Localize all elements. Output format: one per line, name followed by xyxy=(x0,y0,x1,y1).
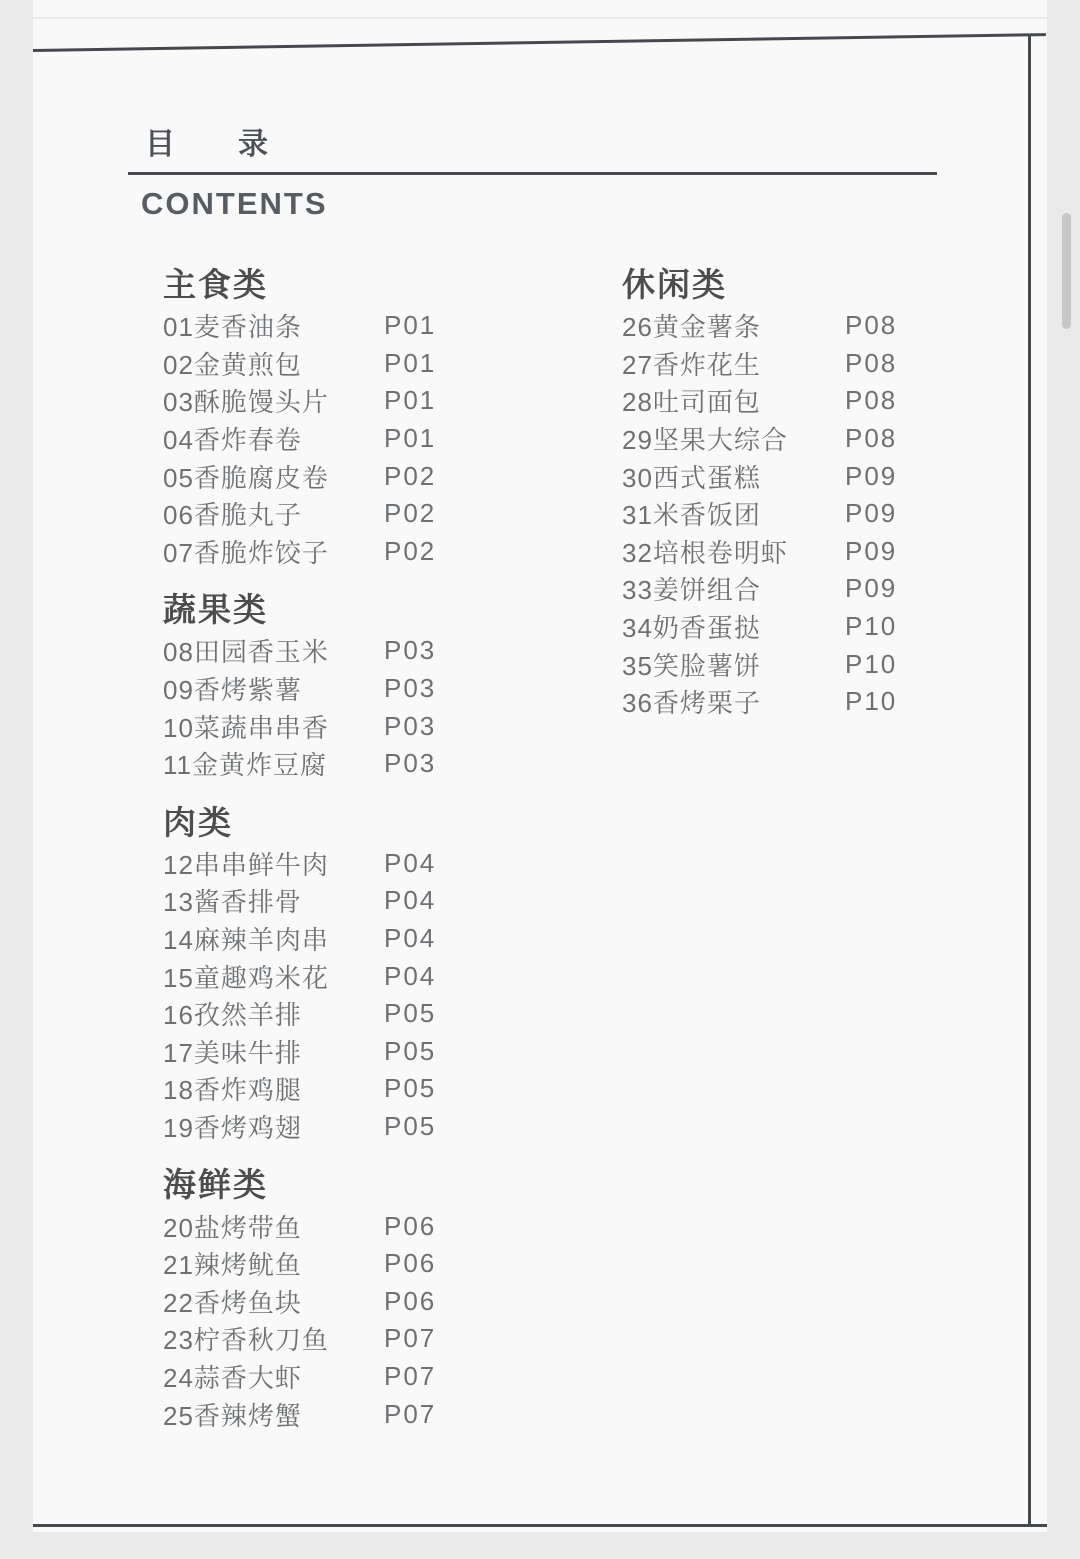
toc-item-page: P08 xyxy=(845,385,897,416)
toc-item-page: P05 xyxy=(384,1111,436,1142)
toc-item: 14麻辣羊肉串P04 xyxy=(163,920,493,958)
toc-item-page: P07 xyxy=(384,1323,436,1354)
toc-item-page: P08 xyxy=(845,423,897,454)
document-viewer: 目录 CONTENTS 主食类01麦香油条P0102金黄煎包P0103酥脆馒头片… xyxy=(0,0,1080,1559)
toc-item-page: P06 xyxy=(384,1248,436,1279)
toc-item-page: P06 xyxy=(384,1211,436,1242)
toc-title-underline xyxy=(128,172,937,175)
toc-column-right: 休闲类26黄金薯条P0827香炸花生P0828吐司面包P0829坚果大综合P08… xyxy=(622,263,952,721)
toc-item-label: 18香炸鸡腿 xyxy=(163,1070,384,1107)
toc-section: 休闲类26黄金薯条P0827香炸花生P0828吐司面包P0829坚果大综合P08… xyxy=(622,263,952,721)
toc-item: 22香烤鱼块P06 xyxy=(163,1282,493,1320)
toc-item-page: P09 xyxy=(845,536,897,567)
toc-item: 08田园香玉米P03 xyxy=(163,632,493,670)
toc-item-label: 35笑脸薯饼 xyxy=(622,646,845,683)
scrollbar-thumb[interactable] xyxy=(1062,213,1071,329)
toc-section-heading: 海鲜类 xyxy=(163,1163,493,1207)
toc-item-label: 25香辣烤蟹 xyxy=(163,1396,384,1433)
toc-item-label: 07香脆炸饺子 xyxy=(163,533,384,570)
toc-item-label: 34奶香蛋挞 xyxy=(622,608,845,645)
toc-item-page: P07 xyxy=(384,1361,436,1392)
toc-title-zh: 目录 xyxy=(145,130,937,160)
toc-section: 海鲜类20盐烤带鱼P0621辣烤鱿鱼P0622香烤鱼块P0623柠香秋刀鱼P07… xyxy=(163,1163,493,1433)
toc-item: 07香脆炸饺子P02 xyxy=(163,533,493,571)
toc-item: 05香脆腐皮卷P02 xyxy=(163,457,493,495)
toc-item: 21辣烤鱿鱼P06 xyxy=(163,1245,493,1283)
toc-item-page: P08 xyxy=(845,310,897,341)
toc-item-page: P05 xyxy=(384,1036,436,1067)
toc-item-label: 12串串鲜牛肉 xyxy=(163,845,384,882)
toc-item-label: 16孜然羊排 xyxy=(163,995,384,1032)
toc-section: 肉类12串串鲜牛肉P0413酱香排骨P0414麻辣羊肉串P0415童趣鸡米花P0… xyxy=(163,801,493,1146)
toc-item: 32培根卷明虾P09 xyxy=(622,533,952,571)
toc-item-label: 09香烤紫薯 xyxy=(163,670,384,707)
toc-item-label: 33姜饼组合 xyxy=(622,570,845,607)
toc-item: 04香炸春卷P01 xyxy=(163,420,493,458)
toc-item-label: 29坚果大综合 xyxy=(622,420,845,457)
toc-item-label: 24蒜香大虾 xyxy=(163,1358,384,1395)
document-page: 目录 CONTENTS 主食类01麦香油条P0102金黄煎包P0103酥脆馒头片… xyxy=(33,0,1047,1532)
toc-item: 12串串鲜牛肉P04 xyxy=(163,845,493,883)
toc-item-label: 08田园香玉米 xyxy=(163,632,384,669)
toc-item-label: 17美味牛排 xyxy=(163,1033,384,1070)
toc-item-label: 11金黄炸豆腐 xyxy=(163,745,384,782)
toc-item-label: 02金黄煎包 xyxy=(163,345,384,382)
toc-title-en: CONTENTS xyxy=(141,188,937,219)
toc-section: 主食类01麦香油条P0102金黄煎包P0103酥脆馒头片P0104香炸春卷P01… xyxy=(163,263,493,570)
toc-item-page: P05 xyxy=(384,998,436,1029)
toc-item-page: P03 xyxy=(384,711,436,742)
toc-item: 09香烤紫薯P03 xyxy=(163,670,493,708)
toc-item: 11金黄炸豆腐P03 xyxy=(163,745,493,783)
toc-item-label: 20盐烤带鱼 xyxy=(163,1208,384,1245)
toc-item-label: 21辣烤鱿鱼 xyxy=(163,1245,384,1282)
toc-item-page: P10 xyxy=(845,649,897,680)
toc-item: 02金黄煎包P01 xyxy=(163,345,493,383)
toc-section-heading: 肉类 xyxy=(163,801,493,845)
toc-item-label: 36香烤栗子 xyxy=(622,683,845,720)
toc-column-left: 主食类01麦香油条P0102金黄煎包P0103酥脆馒头片P0104香炸春卷P01… xyxy=(163,263,493,1433)
toc-item: 31米香饭团P09 xyxy=(622,495,952,533)
toc-item: 24蒜香大虾P07 xyxy=(163,1358,493,1396)
toc-item: 01麦香油条P01 xyxy=(163,307,493,345)
toc-item-page: P02 xyxy=(384,536,436,567)
toc-item-page: P04 xyxy=(384,961,436,992)
toc-item: 13酱香排骨P04 xyxy=(163,882,493,920)
toc-item-page: P03 xyxy=(384,673,436,704)
toc-item-label: 05香脆腐皮卷 xyxy=(163,458,384,495)
toc-item-page: P03 xyxy=(384,635,436,666)
page-break-divider xyxy=(33,17,1047,19)
toc-item-label: 13酱香排骨 xyxy=(163,882,384,919)
toc-section: 蔬果类08田园香玉米P0309香烤紫薯P0310菜蔬串串香P0311金黄炸豆腐P… xyxy=(163,588,493,782)
toc-item-label: 28吐司面包 xyxy=(622,382,845,419)
toc-item: 23柠香秋刀鱼P07 xyxy=(163,1320,493,1358)
toc-item-page: P09 xyxy=(845,461,897,492)
toc-item-label: 03酥脆馒头片 xyxy=(163,382,384,419)
toc-item: 26黄金薯条P08 xyxy=(622,307,952,345)
toc-item: 10菜蔬串串香P03 xyxy=(163,707,493,745)
toc-item-label: 19香烤鸡翅 xyxy=(163,1108,384,1145)
toc-item-label: 04香炸春卷 xyxy=(163,420,384,457)
toc-item-page: P07 xyxy=(384,1399,436,1430)
toc-item-page: P10 xyxy=(845,686,897,717)
toc-item-label: 10菜蔬串串香 xyxy=(163,708,384,745)
toc-item-page: P06 xyxy=(384,1286,436,1317)
toc-item-label: 26黄金薯条 xyxy=(622,307,845,344)
toc-item: 03酥脆馒头片P01 xyxy=(163,382,493,420)
toc-item-label: 06香脆丸子 xyxy=(163,495,384,532)
toc-item: 19香烤鸡翅P05 xyxy=(163,1108,493,1146)
toc-item: 20盐烤带鱼P06 xyxy=(163,1207,493,1245)
toc-item: 27香炸花生P08 xyxy=(622,345,952,383)
toc-item-page: P08 xyxy=(845,348,897,379)
toc-item-page: P03 xyxy=(384,748,436,779)
toc-item: 36香烤栗子P10 xyxy=(622,683,952,721)
toc-item: 25香辣烤蟹P07 xyxy=(163,1395,493,1433)
toc-item-label: 01麦香油条 xyxy=(163,307,384,344)
toc-item-page: P04 xyxy=(384,923,436,954)
toc-item: 33姜饼组合P09 xyxy=(622,570,952,608)
toc-item-label: 22香烤鱼块 xyxy=(163,1283,384,1320)
toc-item: 15童趣鸡米花P04 xyxy=(163,957,493,995)
toc-item-page: P02 xyxy=(384,461,436,492)
toc-item: 34奶香蛋挞P10 xyxy=(622,608,952,646)
toc-section-heading: 休闲类 xyxy=(622,263,952,307)
toc-item-page: P09 xyxy=(845,573,897,604)
toc-item: 06香脆丸子P02 xyxy=(163,495,493,533)
toc-item: 17美味牛排P05 xyxy=(163,1033,493,1071)
toc-item-page: P01 xyxy=(384,423,436,454)
toc-item-page: P05 xyxy=(384,1073,436,1104)
page-frame-top-border xyxy=(33,33,1046,52)
toc-item-page: P01 xyxy=(384,348,436,379)
toc-item: 18香炸鸡腿P05 xyxy=(163,1070,493,1108)
toc-item: 28吐司面包P08 xyxy=(622,382,952,420)
toc-item-label: 27香炸花生 xyxy=(622,345,845,382)
toc-item-page: P04 xyxy=(384,848,436,879)
toc-item-page: P10 xyxy=(845,611,897,642)
toc-item: 35笑脸薯饼P10 xyxy=(622,645,952,683)
toc-item-label: 14麻辣羊肉串 xyxy=(163,920,384,957)
toc-item-label: 30西式蛋糕 xyxy=(622,458,845,495)
toc-item-page: P09 xyxy=(845,498,897,529)
toc-section-heading: 主食类 xyxy=(163,263,493,307)
page-frame-right-border xyxy=(1028,36,1031,1525)
page-frame-bottom-border xyxy=(33,1524,1047,1527)
toc-section-heading: 蔬果类 xyxy=(163,588,493,632)
toc-item-page: P04 xyxy=(384,885,436,916)
toc-item-label: 23柠香秋刀鱼 xyxy=(163,1320,384,1357)
toc-item-label: 31米香饭团 xyxy=(622,495,845,532)
toc-item: 30西式蛋糕P09 xyxy=(622,457,952,495)
toc-item-page: P01 xyxy=(384,310,436,341)
toc-title-block: 目录 CONTENTS xyxy=(128,130,937,219)
toc-item: 16孜然羊排P05 xyxy=(163,995,493,1033)
toc-item-label: 32培根卷明虾 xyxy=(622,533,845,570)
toc-item-label: 15童趣鸡米花 xyxy=(163,958,384,995)
toc-item-page: P01 xyxy=(384,385,436,416)
toc-item-page: P02 xyxy=(384,498,436,529)
toc-item: 29坚果大综合P08 xyxy=(622,420,952,458)
